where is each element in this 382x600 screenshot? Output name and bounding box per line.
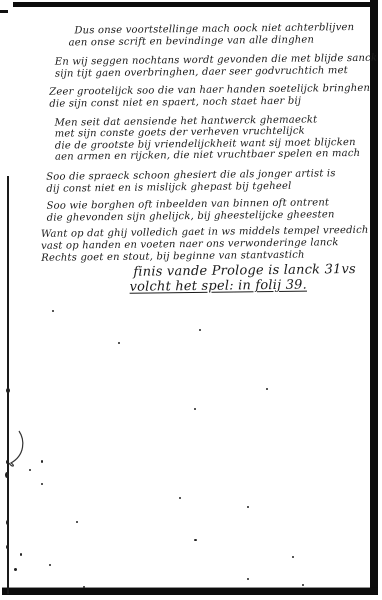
ink-speck <box>6 460 9 464</box>
colophon-volcht-line: volcht het spel: in folij 39. <box>129 277 382 295</box>
ink-speck <box>14 568 17 571</box>
ink-speck <box>29 469 31 471</box>
ink-speck <box>6 388 10 393</box>
stanza: Men seit dat aensiende het hantwerck ghe… <box>54 113 382 163</box>
ink-speck <box>49 564 51 566</box>
stanza: Soo die spraeck schoon ghesiert die als … <box>46 168 382 195</box>
ink-speck <box>302 584 304 586</box>
stanza: En wij seggen nochtans wordt gevonden di… <box>55 53 381 80</box>
handwriting-block: Dus onse voortstellinge mach oock niet a… <box>0 22 382 297</box>
ink-speck <box>247 578 249 580</box>
ink-speck <box>6 545 9 549</box>
ink-speck <box>52 310 54 312</box>
ink-speck <box>5 472 9 478</box>
ink-speck <box>83 586 85 588</box>
ink-speck <box>194 408 196 410</box>
stanza: Want op dat ghij volledich gaet in ws mi… <box>41 225 382 264</box>
ink-dash <box>0 10 8 13</box>
scan-border-bottom <box>2 588 378 595</box>
ink-speck <box>199 329 201 331</box>
ink-speck <box>76 521 78 523</box>
ink-speck <box>292 556 294 558</box>
ink-speck <box>20 553 22 556</box>
ink-speck <box>266 388 268 390</box>
stanza: Zeer grootelijck soo die van haer handen… <box>49 83 381 110</box>
ink-speck <box>179 497 181 499</box>
ink-speck <box>247 506 249 508</box>
ink-speck <box>41 483 43 485</box>
ink-speck <box>41 460 43 463</box>
pen-curve-mark <box>8 430 26 468</box>
stanza: Dus onse voortstellinge mach oock niet a… <box>68 22 380 49</box>
ink-speck <box>6 520 9 525</box>
manuscript-scan-page: Dus onse voortstellinge mach oock niet a… <box>0 0 382 600</box>
ink-speck <box>194 539 197 541</box>
scan-border-top <box>13 2 377 7</box>
stanza: Soo wie borghen oft inbeelden van binnen… <box>47 197 382 224</box>
ink-speck <box>118 342 120 344</box>
